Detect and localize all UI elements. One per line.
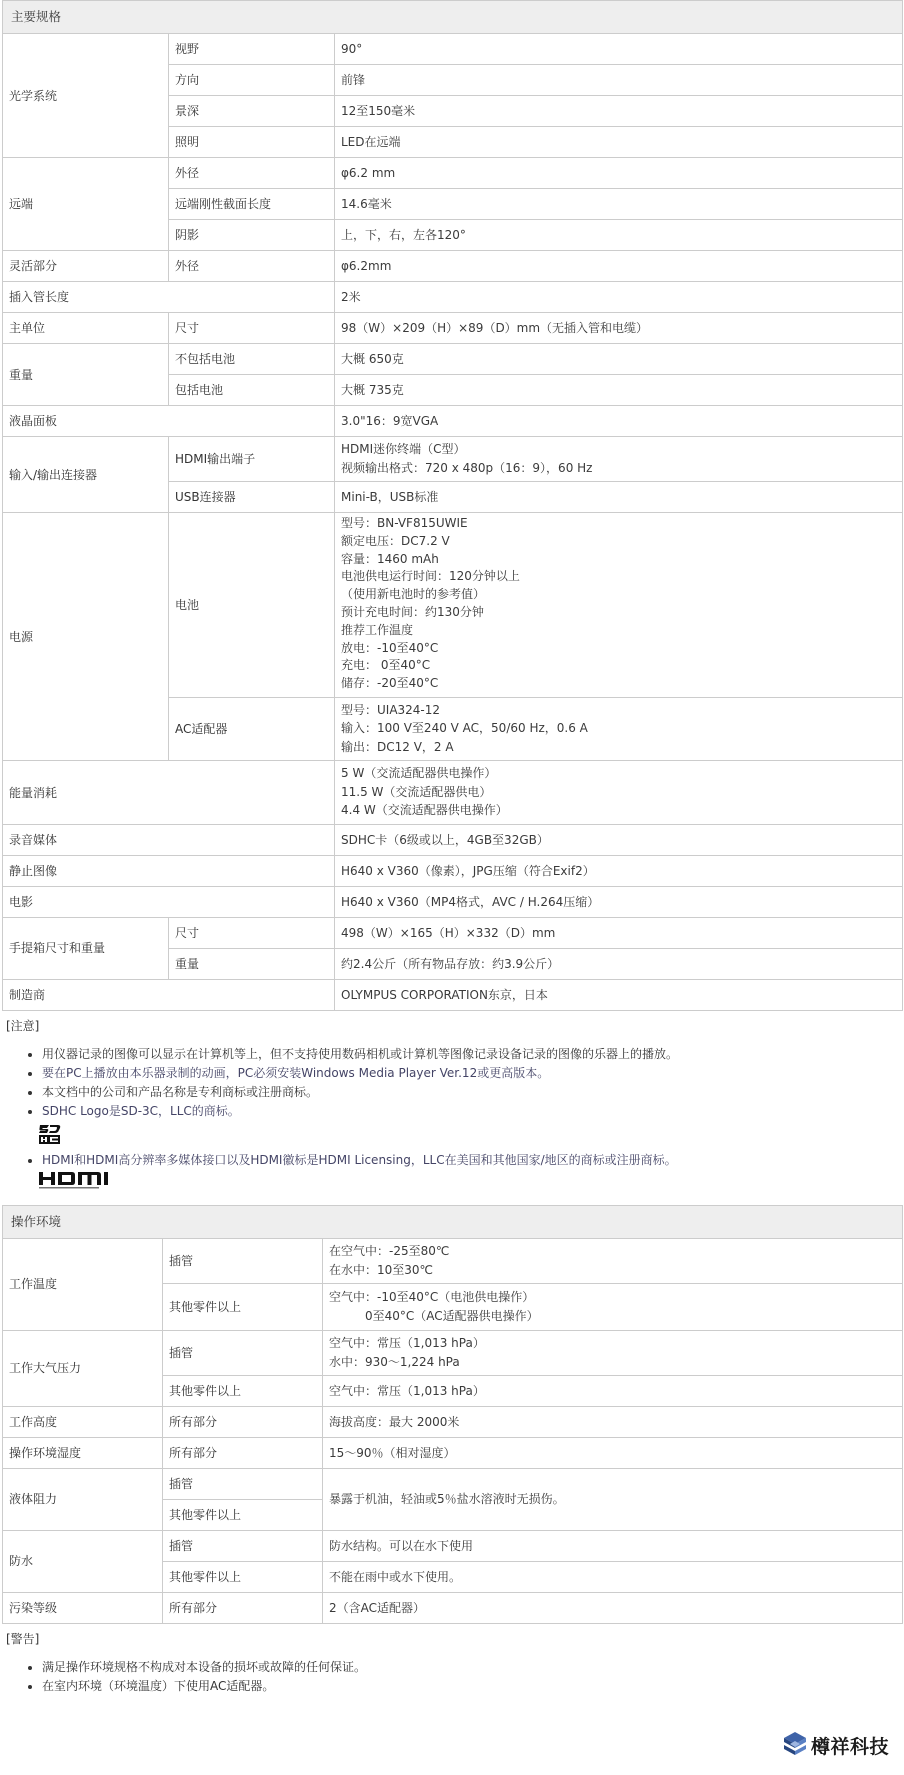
notice-text: 用仪器记录的图像可以显示在计算机等上，但不支持使用数码相机或计算机等图像记录设备… bbox=[42, 1047, 678, 1061]
altitude-label: 工作高度 bbox=[3, 1406, 163, 1437]
notice-item: 要在PC上播放由本乐器录制的动画，PC必须安装Windows Media Pla… bbox=[42, 1064, 904, 1083]
spec-value: 90° bbox=[335, 34, 903, 65]
value-line: 电池供电运行时间：120分钟以上 bbox=[341, 568, 896, 586]
spec-name: 所有部分 bbox=[163, 1437, 323, 1468]
lcd-label: 液晶面板 bbox=[3, 406, 335, 437]
spec-name: HDMI输出端子 bbox=[169, 437, 335, 482]
environment-table: 操作环境 工作温度 插管 在空气中：-25至80℃ 在水中：10至30℃ 其他零… bbox=[2, 1205, 903, 1624]
spec-name: 插管 bbox=[163, 1238, 323, 1283]
optical-label: 光学系统 bbox=[3, 34, 169, 158]
spec-value: 12至150毫米 bbox=[335, 96, 903, 127]
humidity-label: 操作环境湿度 bbox=[3, 1437, 163, 1468]
spec-value: HDMI迷你终端（C型） 视频输出格式：720 x 480p（16：9），60 … bbox=[335, 437, 903, 482]
spec-name: 其他零件以上 bbox=[163, 1283, 323, 1330]
spec-value: 空气中：常压（1,013 hPa） bbox=[323, 1375, 903, 1406]
spec-value: 海拔高度：最大 2000米 bbox=[323, 1406, 903, 1437]
spec-value: 2（含AC适配器） bbox=[323, 1592, 903, 1623]
movie-label: 电影 bbox=[3, 886, 335, 917]
env-title: 操作环境 bbox=[3, 1205, 903, 1238]
still-image-label: 静止图像 bbox=[3, 855, 335, 886]
value-line: 型号：BN-VF815UWIE bbox=[341, 515, 896, 533]
spec-name: USB连接器 bbox=[169, 482, 335, 513]
spec-value: 约2.4公斤（所有物品存放：约3.9公斤） bbox=[335, 948, 903, 979]
waterproof-label: 防水 bbox=[3, 1530, 163, 1592]
spec-value: 大概 735克 bbox=[335, 375, 903, 406]
spec-value: 98（W）×209（H）×89（D）mm（无插入管和电缆） bbox=[335, 313, 903, 344]
main-specs-title: 主要规格 bbox=[3, 1, 903, 34]
spec-name: 插管 bbox=[163, 1530, 323, 1561]
spec-value: 15～90％（相对湿度） bbox=[323, 1437, 903, 1468]
spec-name: 所有部分 bbox=[163, 1592, 323, 1623]
pollution-label: 污染等级 bbox=[3, 1592, 163, 1623]
spec-name: 其他零件以上 bbox=[163, 1499, 323, 1530]
spec-value: 14.6毫米 bbox=[335, 189, 903, 220]
spec-value: OLYMPUS CORPORATION东京，日本 bbox=[335, 979, 903, 1010]
value-line: 视频输出格式：720 x 480p（16：9），60 Hz bbox=[341, 459, 896, 478]
weight-label: 重量 bbox=[3, 344, 169, 406]
notice-text: 本文档中的公司和产品名称是专利商标或注册商标。 bbox=[42, 1085, 318, 1099]
spec-value: LED在远端 bbox=[335, 127, 903, 158]
pressure-label: 工作大气压力 bbox=[3, 1330, 163, 1406]
warning-item: 满足操作环境规格不构成对本设备的损坏或故障的任何保证。 bbox=[42, 1658, 904, 1677]
value-line: 在空气中：-25至80℃ bbox=[329, 1242, 896, 1261]
spec-name: 包括电池 bbox=[169, 375, 335, 406]
spec-name: 阴影 bbox=[169, 220, 335, 251]
value-line: 水中：930～1,224 hPa bbox=[329, 1353, 896, 1372]
spec-name: 其他零件以上 bbox=[163, 1375, 323, 1406]
value-line: 4.4 W（交流适配器供电操作） bbox=[341, 801, 896, 820]
notice-section: [注意] 用仪器记录的图像可以显示在计算机等上，但不支持使用数码相机或计算机等图… bbox=[0, 1011, 904, 1197]
hdmi-logo-icon bbox=[38, 1171, 116, 1191]
value-line: 5 W（交流适配器供电操作） bbox=[341, 764, 896, 783]
insertion-length-label: 插入管长度 bbox=[3, 282, 335, 313]
spec-name: 外径 bbox=[169, 158, 335, 189]
consumption-label: 能量消耗 bbox=[3, 761, 335, 825]
spec-value: 上，下，右，左各120° bbox=[335, 220, 903, 251]
value-line: 推荐工作温度 bbox=[341, 622, 896, 640]
case-label: 手提箱尺寸和重量 bbox=[3, 917, 169, 979]
value-line: 容量：1460 mAh bbox=[341, 551, 896, 569]
spec-value: H640 x V360（像素），JPG压缩（符合Exif2） bbox=[335, 855, 903, 886]
io-label: 输入/输出连接器 bbox=[3, 437, 169, 513]
spec-name: 电池 bbox=[169, 513, 335, 698]
spec-name: 重量 bbox=[169, 948, 335, 979]
value-line: 储存：-20至40°C bbox=[341, 675, 896, 693]
watermark: 樽祥科技 bbox=[782, 1730, 889, 1761]
watermark-logo-icon bbox=[782, 1730, 808, 1761]
spec-name: 远端刚性截面长度 bbox=[169, 189, 335, 220]
media-label: 录音媒体 bbox=[3, 824, 335, 855]
spec-value: 空气中：-10至40°C（电池供电操作） 0至40°C（AC适配器供电操作） bbox=[323, 1283, 903, 1330]
spec-name: 所有部分 bbox=[163, 1406, 323, 1437]
spec-name: 方向 bbox=[169, 65, 335, 96]
spec-value: 不能在雨中或水下使用。 bbox=[323, 1561, 903, 1592]
distal-label: 远端 bbox=[3, 158, 169, 251]
notice-title: [注意] bbox=[6, 1015, 904, 1037]
value-line: 空气中：-10至40°C（电池供电操作） bbox=[329, 1288, 896, 1307]
main-unit-label: 主单位 bbox=[3, 313, 169, 344]
spec-page: 主要规格 光学系统 视野 90° 方向 前锋 景深 12至150毫米 照明 LE… bbox=[0, 0, 904, 1775]
spec-name: 插管 bbox=[163, 1468, 323, 1499]
spec-name: 尺寸 bbox=[169, 313, 335, 344]
spec-name: 插管 bbox=[163, 1330, 323, 1375]
notice-text: SDHC Logo是SD-3C，LLC的商标。 bbox=[42, 1104, 240, 1118]
warning-section: [警告] 满足操作环境规格不构成对本设备的损坏或故障的任何保证。 在室内环境（环… bbox=[0, 1624, 904, 1696]
value-line: 11.5 W（交流适配器供电） bbox=[341, 783, 896, 802]
spec-value: 2米 bbox=[335, 282, 903, 313]
spec-value: 5 W（交流适配器供电操作） 11.5 W（交流适配器供电） 4.4 W（交流适… bbox=[335, 761, 903, 825]
spec-value: φ6.2 mm bbox=[335, 158, 903, 189]
value-line: （使用新电池时的参考值） bbox=[341, 586, 896, 604]
spec-value: 暴露于机油，轻油或5％盐水溶液时无损伤。 bbox=[323, 1468, 903, 1530]
spec-value: Mini-B，USB标准 bbox=[335, 482, 903, 513]
spec-value: 在空气中：-25至80℃ 在水中：10至30℃ bbox=[323, 1238, 903, 1283]
notice-item: 本文档中的公司和产品名称是专利商标或注册商标。 bbox=[42, 1083, 904, 1102]
sdhc-logo-icon bbox=[38, 1123, 62, 1145]
spec-value: H640 x V360（MP4格式，AVC / H.264压缩） bbox=[335, 886, 903, 917]
warning-item: 在室内环境（环境温度）下使用AC适配器。 bbox=[42, 1677, 904, 1696]
value-line: 0至40°C（AC适配器供电操作） bbox=[329, 1307, 896, 1326]
spec-name: 照明 bbox=[169, 127, 335, 158]
main-specs-table: 主要规格 光学系统 视野 90° 方向 前锋 景深 12至150毫米 照明 LE… bbox=[2, 0, 903, 1011]
spec-value: 空气中：常压（1,013 hPa） 水中：930～1,224 hPa bbox=[323, 1330, 903, 1375]
spec-name: 其他零件以上 bbox=[163, 1561, 323, 1592]
spec-value: 498（W）×165（H）×332（D）mm bbox=[335, 917, 903, 948]
notice-item: HDMI和HDMI高分辨率多媒体接口以及HDMI徽标是HDMI Licensin… bbox=[42, 1151, 904, 1197]
notice-item: SDHC Logo是SD-3C，LLC的商标。 bbox=[42, 1102, 904, 1151]
spec-name: AC适配器 bbox=[169, 697, 335, 761]
watermark-text: 樽祥科技 bbox=[811, 1732, 889, 1759]
notice-list: 用仪器记录的图像可以显示在计算机等上，但不支持使用数码相机或计算机等图像记录设备… bbox=[6, 1045, 904, 1197]
spec-value: 大概 650克 bbox=[335, 344, 903, 375]
spec-value: 型号：UIA324-12 输入：100 V至240 V AC，50/60 Hz，… bbox=[335, 697, 903, 761]
spec-value: 型号：BN-VF815UWIE 额定电压：DC7.2 V 容量：1460 mAh… bbox=[335, 513, 903, 698]
power-label: 电源 bbox=[3, 513, 169, 761]
spec-value: 防水结构。可以在水下使用 bbox=[323, 1530, 903, 1561]
spec-name: 景深 bbox=[169, 96, 335, 127]
warning-title: [警告] bbox=[6, 1628, 904, 1650]
value-line: 放电：-10至40°C bbox=[341, 640, 896, 658]
spec-name: 外径 bbox=[169, 251, 335, 282]
notice-item: 用仪器记录的图像可以显示在计算机等上，但不支持使用数码相机或计算机等图像记录设备… bbox=[42, 1045, 904, 1064]
maker-label: 制造商 bbox=[3, 979, 335, 1010]
spec-value: 前锋 bbox=[335, 65, 903, 96]
spec-name: 尺寸 bbox=[169, 917, 335, 948]
value-line: 额定电压：DC7.2 V bbox=[341, 533, 896, 551]
value-line: 空气中：常压（1,013 hPa） bbox=[329, 1334, 896, 1353]
value-line: 输出：DC12 V，2 A bbox=[341, 738, 896, 757]
spec-value: φ6.2mm bbox=[335, 251, 903, 282]
value-line: 在水中：10至30℃ bbox=[329, 1261, 896, 1280]
value-line: 充电： 0至40°C bbox=[341, 657, 896, 675]
liquid-label: 液体阻力 bbox=[3, 1468, 163, 1530]
warning-list: 满足操作环境规格不构成对本设备的损坏或故障的任何保证。 在室内环境（环境温度）下… bbox=[6, 1658, 904, 1696]
notice-text: HDMI和HDMI高分辨率多媒体接口以及HDMI徽标是HDMI Licensin… bbox=[42, 1153, 677, 1167]
flexible-label: 灵活部分 bbox=[3, 251, 169, 282]
value-line: HDMI迷你终端（C型） bbox=[341, 440, 896, 459]
spec-name: 不包括电池 bbox=[169, 344, 335, 375]
value-line: 预计充电时间：约130分钟 bbox=[341, 604, 896, 622]
spec-name: 视野 bbox=[169, 34, 335, 65]
value-line: 输入：100 V至240 V AC，50/60 Hz，0.6 A bbox=[341, 719, 896, 738]
notice-text: 要在PC上播放由本乐器录制的动画，PC必须安装Windows Media Pla… bbox=[42, 1066, 549, 1080]
spec-value: SDHC卡（6级或以上，4GB至32GB） bbox=[335, 824, 903, 855]
temp-label: 工作温度 bbox=[3, 1238, 163, 1330]
spec-value: 3.0"16：9宽VGA bbox=[335, 406, 903, 437]
value-line: 型号：UIA324-12 bbox=[341, 701, 896, 720]
